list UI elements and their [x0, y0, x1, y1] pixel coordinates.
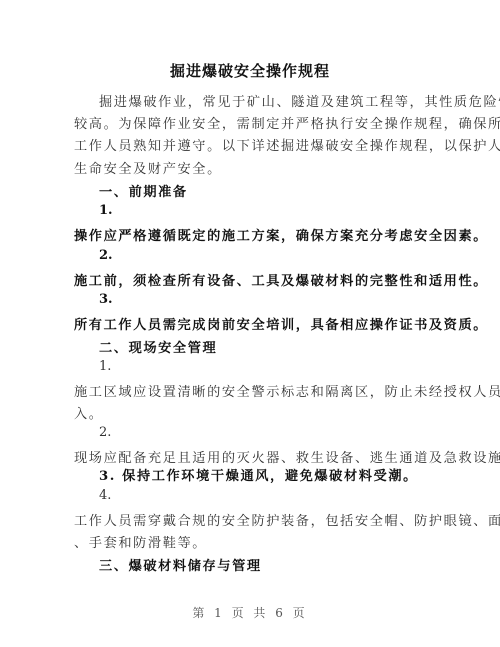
intro-line: 工作人员熟知并遵守。以下详述掘进爆破安全操作规程，以保护人员	[74, 135, 424, 154]
document-page: 掘进爆破安全操作规程 掘进爆破作业，常见于矿山、隧道及建筑工程等，其性质危险性 …	[0, 0, 500, 647]
item-number: 4.	[99, 488, 449, 503]
document-title: 掘进爆破安全操作规程	[0, 60, 500, 81]
item-inline: 3. 保持工作环境干燥通风，避免爆破材料受潮。	[99, 465, 449, 484]
item-number: 3.	[99, 292, 449, 307]
intro-line: 生命安全及财产安全。	[74, 158, 424, 177]
section-heading: 一、前期准备	[99, 181, 449, 200]
section-heading: 二、现场安全管理	[99, 337, 449, 356]
item-text: 、手套和防滑鞋等。	[74, 532, 424, 551]
item-text: 所有工作人员需完成岗前安全培训，具备相应操作证书及资质。	[74, 314, 424, 333]
item-number: 1.	[99, 359, 449, 374]
item-number: 2.	[99, 425, 449, 440]
item-text: 施工前，须检查所有设备、工具及爆破材料的完整性和适用性。	[74, 270, 424, 289]
item-text: 工作人员需穿戴合规的安全防护装备，包括安全帽、防护眼镜、面具	[74, 510, 424, 529]
item-number: 2.	[99, 248, 449, 263]
item-text: 施工区域应设置清晰的安全警示标志和隔离区，防止未经授权人员进	[74, 381, 424, 400]
item-text: 操作应严格遵循既定的施工方案，确保方案充分考虑安全因素。	[74, 225, 424, 244]
item-number: 1.	[99, 203, 449, 218]
page-number: 第 1 页 共 6 页	[0, 604, 500, 621]
intro-line: 掘进爆破作业，常见于矿山、隧道及建筑工程等，其性质危险性	[99, 91, 449, 110]
item-text: 入。	[74, 403, 424, 422]
item-text: 现场应配备充足且适用的灭火器、救生设备、逃生通道及急救设施。	[74, 447, 424, 466]
intro-line: 较高。为保障作业安全，需制定并严格执行安全操作规程，确保所有	[74, 113, 424, 132]
section-heading: 三、爆破材料储存与管理	[99, 555, 449, 574]
